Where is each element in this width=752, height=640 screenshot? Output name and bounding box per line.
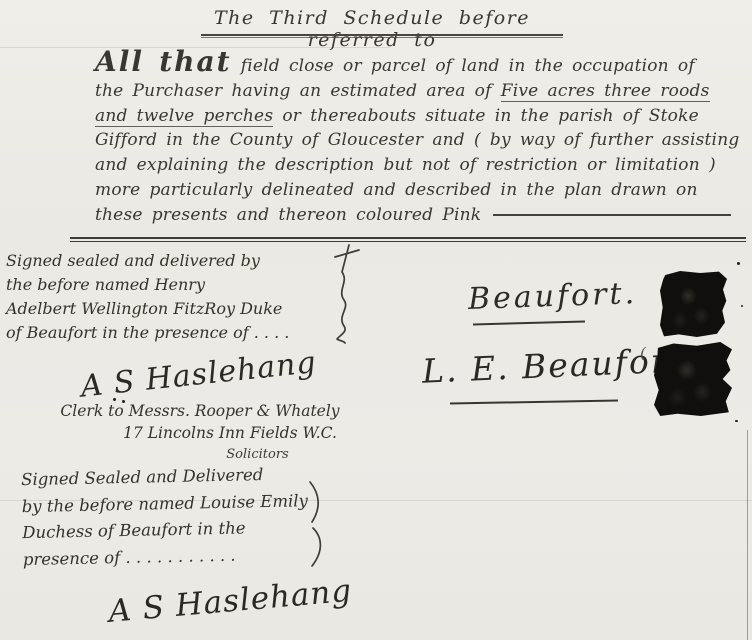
witness-signature-2: A S Haslehang [107, 566, 429, 630]
ink-speck [113, 398, 116, 401]
signature-underline [473, 321, 585, 326]
witness-signature-1: A S Haslehang [79, 338, 381, 404]
witness-role-line: Clerk to Messrs. Rooper & Whately [50, 402, 350, 420]
scan-edge-line [747, 430, 748, 640]
paragraph-line: Gifford in the County of Gloucester and … [95, 128, 745, 153]
attestation-line: presence of . . . . . . . . . . . [23, 540, 323, 573]
underlined-area-text: Five acres three roods [501, 81, 710, 102]
paragraph-line: All that field close or parcel of land i… [95, 50, 745, 79]
fill-in-rule [493, 214, 731, 216]
paragraph-line: and twelve perches or thereabouts situat… [95, 104, 745, 129]
handwritten-brace [327, 242, 367, 344]
paragraph-line: the Purchaser having an estimated area o… [95, 79, 745, 104]
opening-words: All that [95, 45, 232, 78]
attestation-line: of Beaufort in the presence of . . . . [6, 321, 331, 345]
schedule-paragraph: All that field close or parcel of land i… [95, 50, 745, 228]
attestation-clause-duke: Signed sealed and delivered by the befor… [6, 249, 331, 345]
handwritten-brace [300, 478, 328, 570]
document-title: The Third Schedule before referred to [172, 7, 572, 51]
attestation-line: the before named Henry [6, 273, 331, 297]
witness-address-line: 17 Lincolns Inn Fields W.C. [105, 424, 355, 442]
attestation-line: Signed sealed and delivered by [6, 249, 331, 273]
attestation-clause-duchess: Signed Sealed and Delivered by the befor… [21, 461, 323, 573]
witness-firm-line: Solicitors [205, 447, 310, 462]
paragraph-line: more particularly delineated and describ… [95, 178, 745, 203]
signature-underline [450, 400, 618, 405]
ink-speck [737, 262, 740, 265]
section-divider-rule [70, 237, 746, 242]
scanned-deed-page: The Third Schedule before referred to Al… [0, 0, 752, 640]
signature-duke-beaufort: Beaufort. [467, 276, 637, 317]
wax-seal-icon [654, 342, 732, 416]
paragraph-line: these presents and thereon coloured Pink [95, 203, 745, 228]
ink-speck [741, 305, 743, 307]
ink-speck [735, 420, 738, 422]
stray-ink-mark: ( [640, 344, 646, 362]
paragraph-line: and explaining the description but not o… [95, 153, 745, 178]
wax-seal-icon [660, 271, 727, 337]
attestation-line: Adelbert Wellington FitzRoy Duke [6, 297, 331, 321]
title-underline [201, 34, 563, 38]
underlined-area-text: and twelve perches [95, 106, 273, 127]
